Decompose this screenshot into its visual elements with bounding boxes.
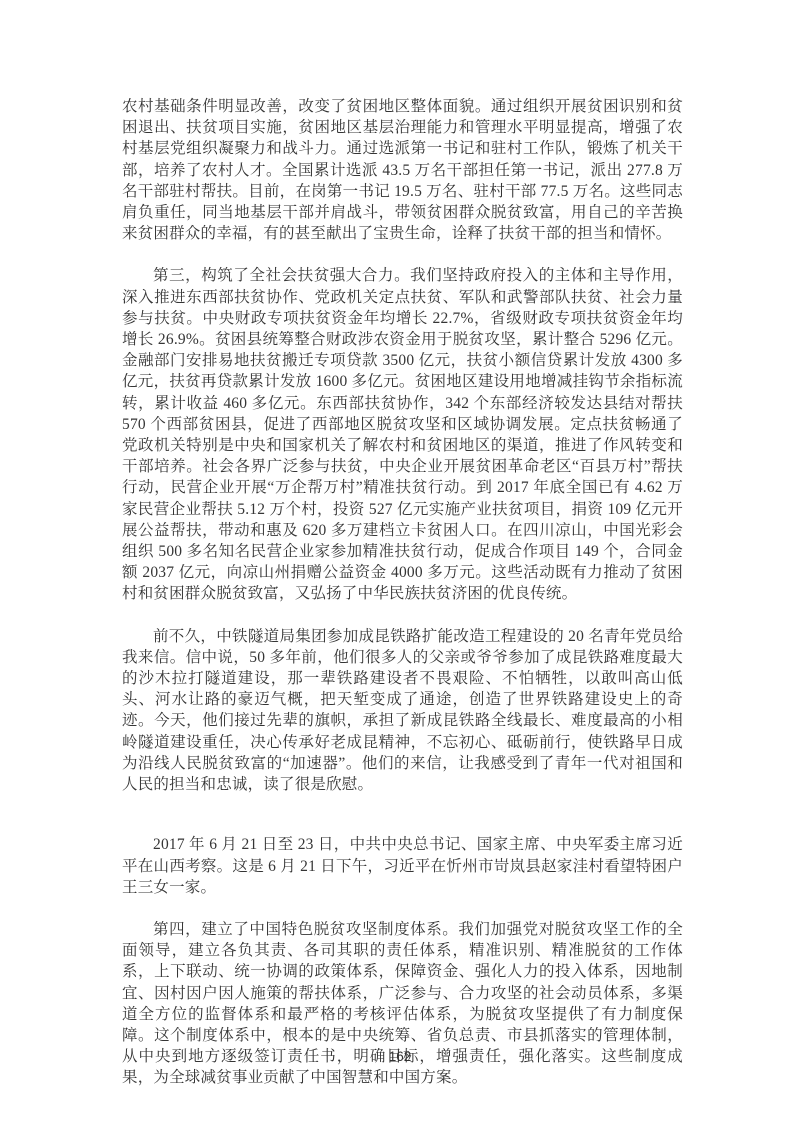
body-paragraph-point-three: 第三，构筑了全社会扶贫强大合力。我们坚持政府投入的主体和主导作用，深入推进东西部… — [122, 265, 683, 604]
body-paragraph-continuation: 农村基础条件明显改善，改变了贫困地区整体面貌。通过组织开展贫困识别和贫困退出、扶… — [122, 96, 683, 244]
document-page: 农村基础条件明显改善，改变了贫困地区整体面貌。通过组织开展贫困识别和贫困退出、扶… — [0, 0, 800, 1133]
body-paragraph-letter-story: 前不久，中铁隧道局集团参加成昆铁路扩能改造工程建设的 20 名青年党员给我来信。… — [122, 626, 683, 796]
photo-caption: 2017 年 6 月 21 日至 23 日，中共中央总书记、国家主席、中央军委主… — [122, 834, 683, 898]
page-body-text: 农村基础条件明显改善，改变了贫困地区整体面貌。通过组织开展贫困识别和贫困退出、扶… — [122, 96, 683, 1089]
page-number: 162 — [0, 1049, 800, 1064]
